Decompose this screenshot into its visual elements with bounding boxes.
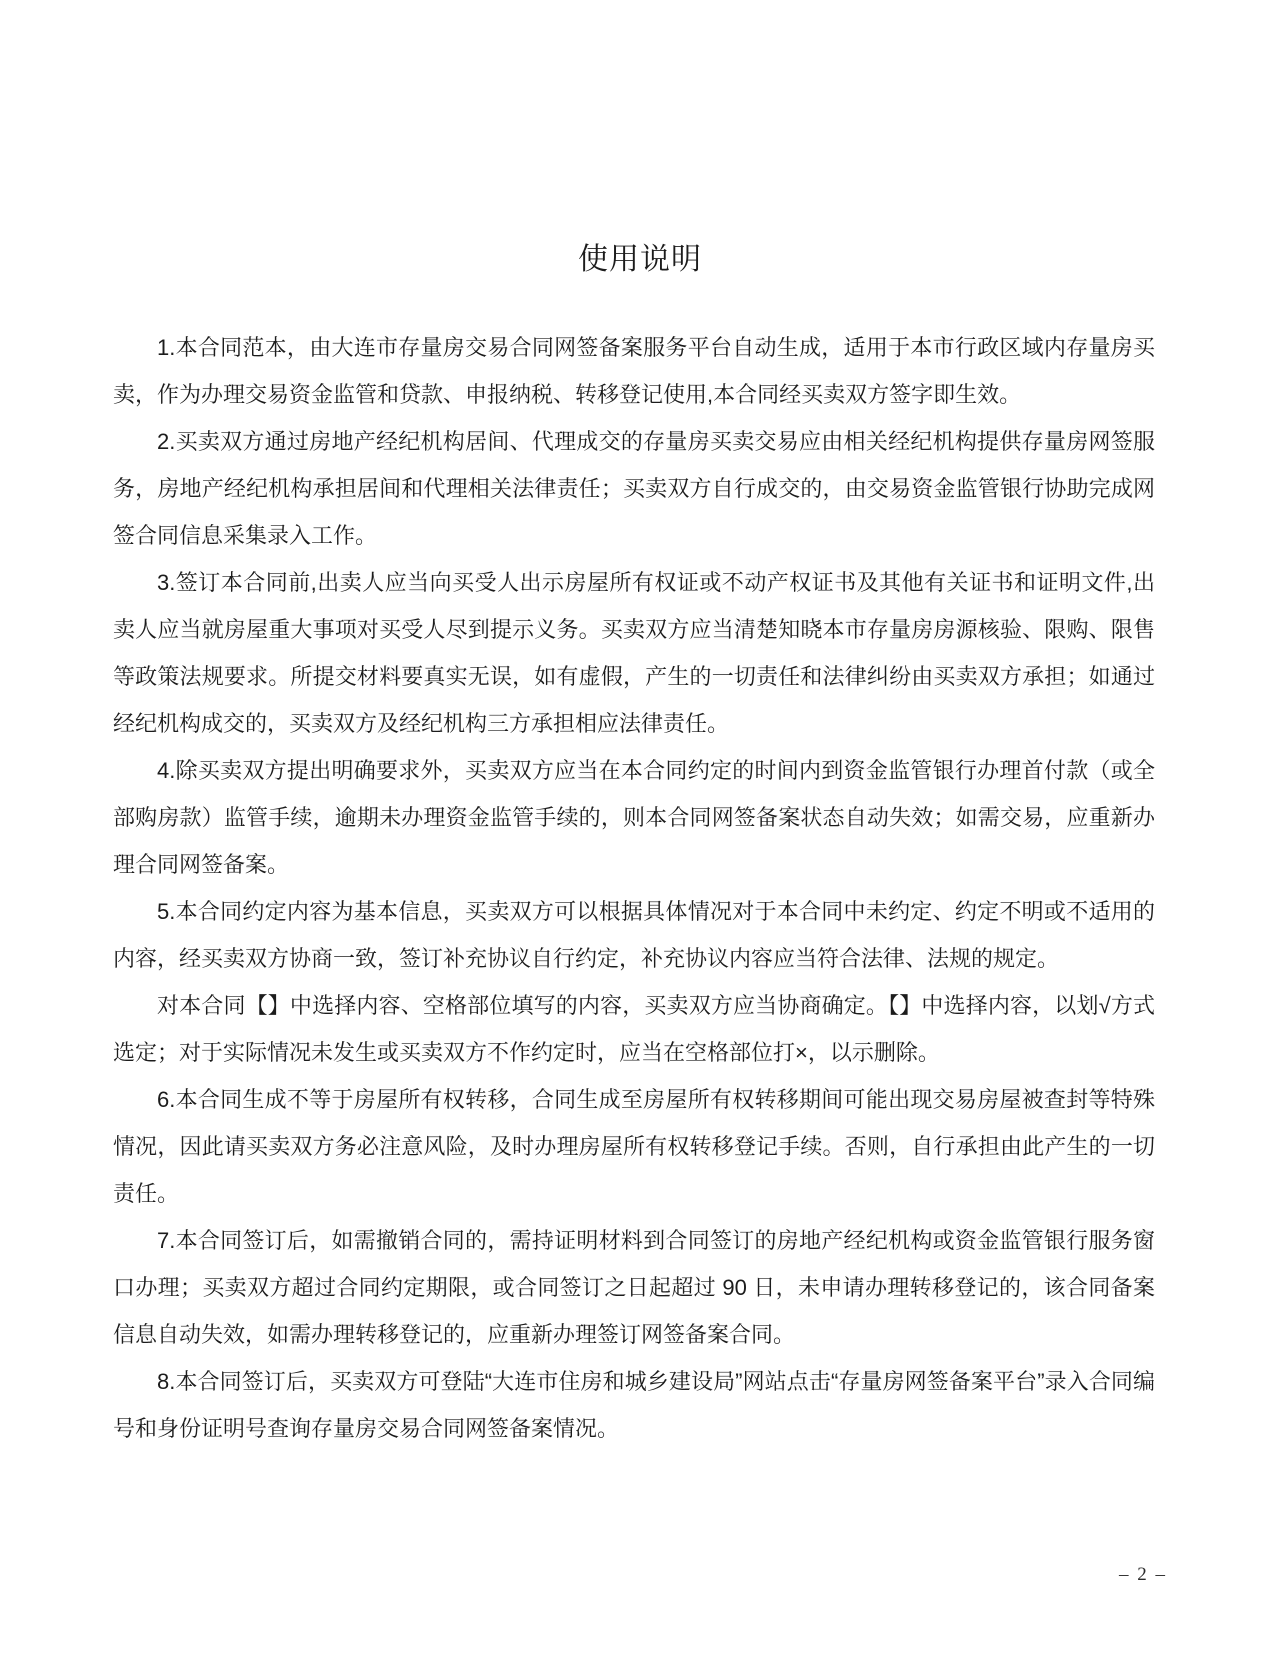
page-number: – 2 – — [1119, 1564, 1167, 1586]
paragraph-5: 5.本合同约定内容为基本信息，买卖双方可以根据具体情况对于本合同中未约定、约定不… — [113, 888, 1155, 982]
paragraph-3: 3.签订本合同前,出卖人应当向买受人出示房屋所有权证或不动产权证书及其他有关证书… — [113, 559, 1155, 747]
paragraph-5-note: 对本合同【】中选择内容、空格部位填写的内容，买卖双方应当协商确定。【】中选择内容… — [113, 982, 1155, 1076]
document-page: 使用说明 1.本合同范本，由大连市存量房交易合同网签备案服务平台自动生成，适用于… — [0, 0, 1280, 1656]
paragraph-2: 2.买卖双方通过房地产经纪机构居间、代理成交的存量房买卖交易应由相关经纪机构提供… — [113, 418, 1155, 559]
paragraph-1: 1.本合同范本，由大连市存量房交易合同网签备案服务平台自动生成，适用于本市行政区… — [113, 324, 1155, 418]
page-title: 使用说明 — [0, 234, 1280, 278]
document-body: 1.本合同范本，由大连市存量房交易合同网签备案服务平台自动生成，适用于本市行政区… — [113, 324, 1155, 1452]
paragraph-6: 6.本合同生成不等于房屋所有权转移，合同生成至房屋所有权转移期间可能出现交易房屋… — [113, 1076, 1155, 1217]
paragraph-4: 4.除买卖双方提出明确要求外，买卖双方应当在本合同约定的时间内到资金监管银行办理… — [113, 747, 1155, 888]
paragraph-7: 7.本合同签订后，如需撤销合同的，需持证明材料到合同签订的房地产经纪机构或资金监… — [113, 1217, 1155, 1358]
paragraph-8: 8.本合同签订后，买卖双方可登陆“大连市住房和城乡建设局”网站点击“存量房网签备… — [113, 1358, 1155, 1452]
